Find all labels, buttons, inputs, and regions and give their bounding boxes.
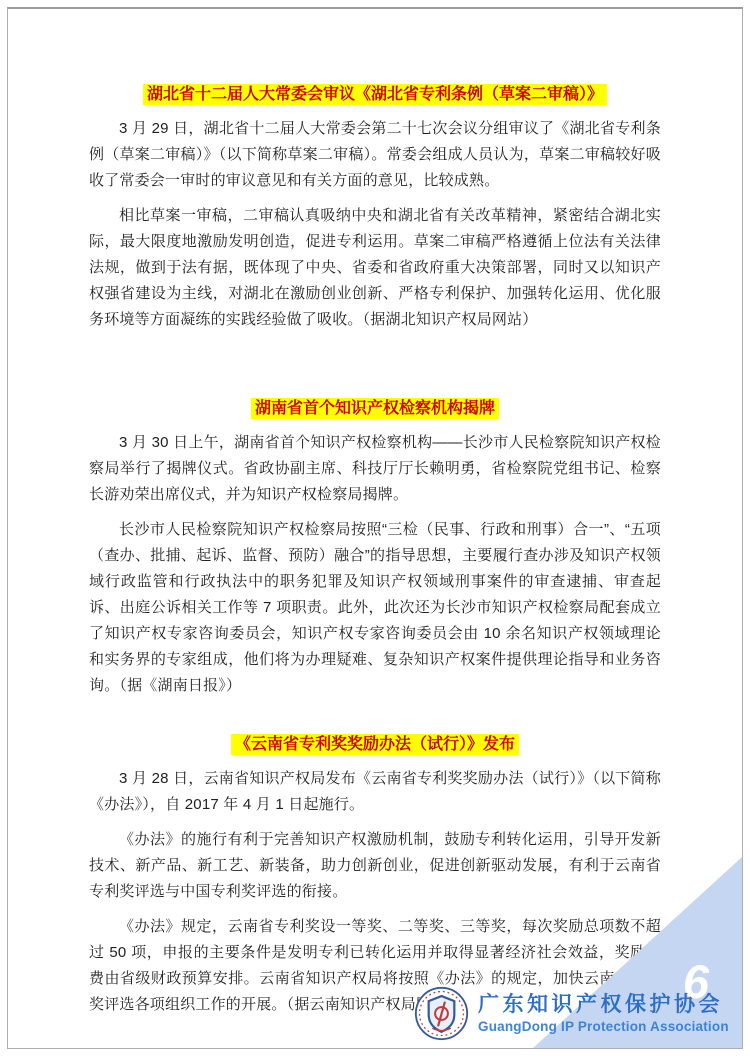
article-paragraph: 相比草案一审稿，二审稿认真吸纳中央和湖北省有关改革精神，紧密结合湖北实际，最大限… xyxy=(89,203,661,333)
article-paragraph: 长沙市人民检察院知识产权检察局按照“三检（民事、行政和刑事）合一”、“五项（查办… xyxy=(89,517,661,699)
news-article: 湖北省十二届人大常委会审议《湖北省专利条例（草案二审稿）》 3 月 29 日，湖… xyxy=(89,83,661,333)
articles-container: 湖北省十二届人大常委会审议《湖北省专利条例（草案二审稿）》 3 月 29 日，湖… xyxy=(8,9,742,1018)
article-title: 湖北省十二届人大常委会审议《湖北省专利条例（草案二审稿）》 xyxy=(143,84,607,105)
article-title: 湖南省首个知识产权检察机构揭牌 xyxy=(251,398,499,419)
article-paragraph: 3 月 28 日，云南省知识产权局发布《云南省专利奖奖励办法（试行）》（以下简称… xyxy=(89,766,661,818)
article-paragraph: 3 月 30 日上午，湖南省首个知识产权检察机构——长沙市人民检察院知识产权检察… xyxy=(89,430,661,508)
association-name-cn: 广东知识产权保护协会 xyxy=(478,992,729,1018)
article-body: 3 月 29 日，湖北省十二届人大常委会第二十七次会议分组审议了《湖北省专利条例… xyxy=(89,116,661,333)
article-title-row: 湖北省十二届人大常委会审议《湖北省专利条例（草案二审稿）》 xyxy=(89,83,661,107)
news-article: 湖南省首个知识产权检察机构揭牌 3 月 30 日上午，湖南省首个知识产权检察机构… xyxy=(89,397,661,699)
article-body: 3 月 28 日，云南省知识产权局发布《云南省专利奖奖励办法（试行）》（以下简称… xyxy=(89,766,661,1018)
article-body: 3 月 30 日上午，湖南省首个知识产权检察机构——长沙市人民检察院知识产权检察… xyxy=(89,430,661,699)
association-emblem-icon xyxy=(414,986,469,1041)
footer-brand: 广东知识产权保护协会 GuangDong IP Protection Assoc… xyxy=(414,986,729,1041)
article-paragraph: 《办法》的施行有利于完善知识产权激励机制，鼓励专利转化运用，引导开发新技术、新产… xyxy=(89,827,661,905)
document-page: 湖北省十二届人大常委会审议《湖北省专利条例（草案二审稿）》 3 月 29 日，湖… xyxy=(7,7,743,1049)
association-name-en: GuangDong IP Protection Association xyxy=(478,1018,729,1035)
article-title-row: 《云南省专利奖奖励办法（试行）》发布 xyxy=(89,733,661,757)
footer-brand-text: 广东知识产权保护协会 GuangDong IP Protection Assoc… xyxy=(478,992,729,1035)
article-title-row: 湖南省首个知识产权检察机构揭牌 xyxy=(89,397,661,421)
article-title: 《云南省专利奖奖励办法（试行）》发布 xyxy=(231,734,519,755)
article-paragraph: 3 月 29 日，湖北省十二届人大常委会第二十七次会议分组审议了《湖北省专利条例… xyxy=(89,116,661,194)
news-article: 《云南省专利奖奖励办法（试行）》发布 3 月 28 日，云南省知识产权局发布《云… xyxy=(89,733,661,1018)
